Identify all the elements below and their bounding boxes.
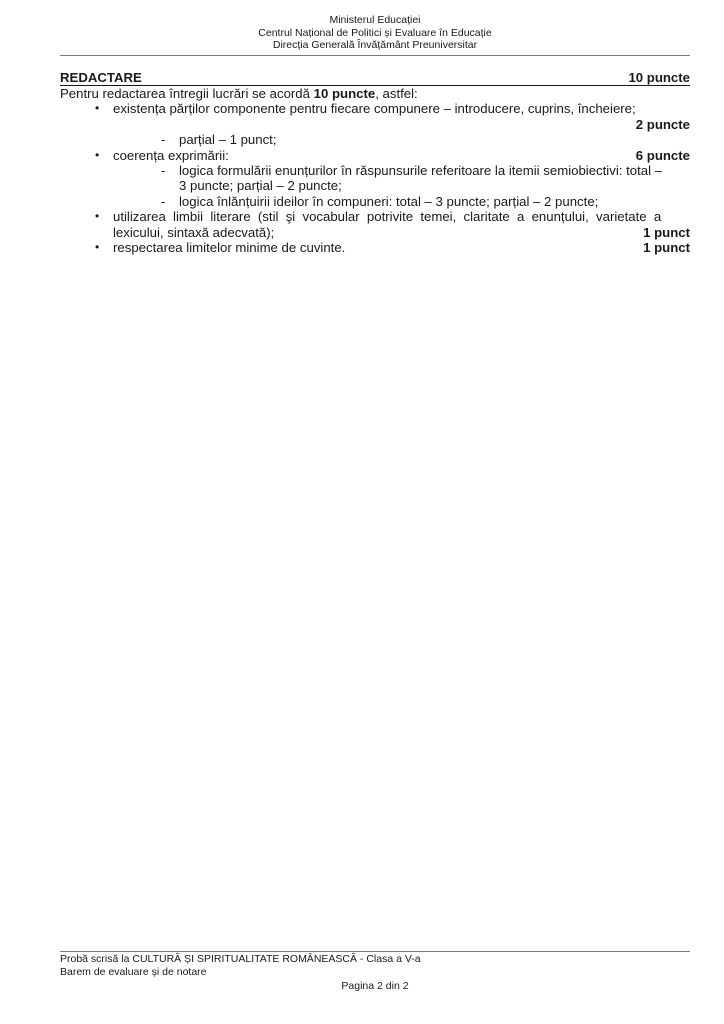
criterion-text: existența părților componente pentru fie… bbox=[113, 101, 636, 116]
bullet-icon: • bbox=[95, 240, 99, 255]
footer-exam-prefix: Probă scrisă la bbox=[60, 953, 132, 965]
criterion-item: • coerența exprimării: 6 puncte bbox=[60, 148, 690, 163]
sub-criterion-continuation: 3 puncte; parțial – 2 puncte; bbox=[60, 178, 690, 193]
criterion-points: 1 punct bbox=[643, 240, 690, 255]
criterion-text: lexicului, sintaxă adecvată); bbox=[113, 225, 274, 240]
header-ministry: Ministerul Educației bbox=[60, 14, 690, 27]
sub-criterion-text: parțial – 1 punct; bbox=[179, 132, 277, 147]
bullet-icon: • bbox=[95, 101, 99, 116]
header-divider bbox=[60, 55, 690, 56]
footer-divider bbox=[60, 951, 690, 952]
footer-class: Clasa a V-a bbox=[366, 953, 420, 965]
section-points: 10 puncte bbox=[628, 71, 690, 85]
criterion-text: coerența exprimării: bbox=[113, 148, 229, 163]
dash-icon: - bbox=[161, 194, 165, 209]
page-footer: Probă scrisă la CULTURĂ ȘI SPIRITUALITAT… bbox=[60, 953, 690, 979]
intro-points: 10 puncte bbox=[314, 86, 376, 101]
sub-criterion-item: - parțial – 1 punct; bbox=[60, 132, 690, 147]
bullet-icon: • bbox=[95, 148, 99, 163]
section-intro: Pentru redactarea întregii lucrări se ac… bbox=[60, 86, 690, 101]
criterion-points: 6 puncte bbox=[636, 148, 690, 163]
criterion-item: • existența părților componente pentru f… bbox=[60, 101, 690, 116]
criterion-points: 2 puncte bbox=[60, 117, 690, 132]
criterion-text: respectarea limitelor minime de cuvinte. bbox=[113, 240, 345, 255]
sub-criterion-item: - logica formulării enunțurilor în răspu… bbox=[60, 163, 690, 178]
criterion-item: • respectarea limitelor minime de cuvint… bbox=[60, 240, 690, 255]
page-header: Ministerul Educației Centrul Național de… bbox=[60, 14, 690, 52]
intro-text: Pentru redactarea întregii lucrări se ac… bbox=[60, 86, 314, 101]
dash-icon: - bbox=[161, 163, 165, 178]
intro-suffix: , astfel: bbox=[375, 86, 418, 101]
section-title: REDACTARE bbox=[60, 71, 142, 85]
criterion-text: utilizarea limbii literare (stil şi voca… bbox=[113, 209, 661, 224]
criterion-item: • utilizarea limbii literare (stil şi vo… bbox=[60, 209, 690, 224]
footer-subject: CULTURĂ ȘI SPIRITUALITATE ROMÂNEASCĂ bbox=[132, 953, 357, 965]
criterion-continuation: lexicului, sintaxă adecvată); 1 punct bbox=[60, 225, 690, 240]
footer-exam-line: Probă scrisă la CULTURĂ ȘI SPIRITUALITAT… bbox=[60, 953, 690, 966]
header-center: Centrul Național de Politici și Evaluare… bbox=[60, 27, 690, 40]
footer-separator: - bbox=[357, 953, 366, 965]
dash-icon: - bbox=[161, 132, 165, 147]
document-body: REDACTARE 10 puncte Pentru redactarea în… bbox=[60, 71, 690, 255]
sub-criterion-item: - logica înlănțuirii ideilor în compuner… bbox=[60, 194, 690, 209]
sub-criterion-text: 3 puncte; parțial – 2 puncte; bbox=[179, 178, 342, 193]
sub-criterion-text: logica formulării enunțurilor în răspuns… bbox=[179, 163, 662, 178]
header-directorate: Direcția Generală Învățământ Preuniversi… bbox=[60, 39, 690, 52]
section-title-row: REDACTARE 10 puncte bbox=[60, 71, 690, 86]
bullet-icon: • bbox=[95, 209, 99, 224]
page-number: Pagina 2 din 2 bbox=[60, 980, 690, 993]
sub-criterion-text: logica înlănțuirii ideilor în compuneri:… bbox=[179, 194, 598, 209]
criterion-points: 1 punct bbox=[643, 225, 690, 240]
footer-barem-line: Barem de evaluare și de notare bbox=[60, 966, 690, 979]
